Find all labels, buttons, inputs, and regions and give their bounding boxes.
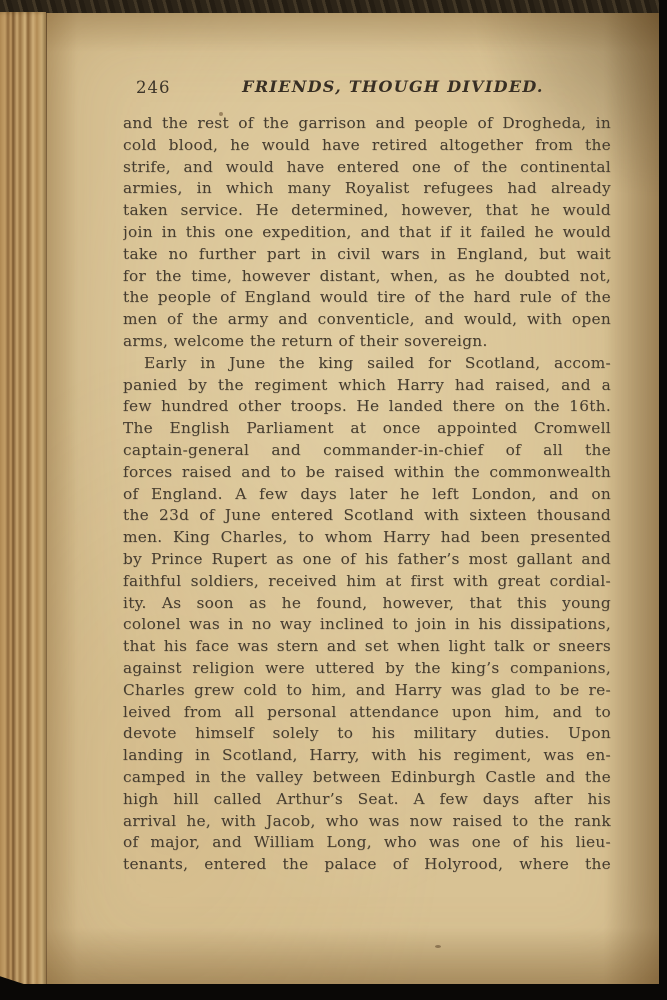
- text-line: devote himself solely to his military du…: [123, 723, 611, 745]
- text-line: landing in Scotland, Harry, with his reg…: [123, 745, 611, 767]
- text-line: cold blood, he would have retired altoge…: [123, 135, 611, 157]
- text-line: The English Parliament at once appointed…: [123, 418, 611, 440]
- text-line: arrival he, with Jacob, who was now rais…: [123, 811, 611, 833]
- backdrop-right-edge: [659, 0, 667, 1000]
- text-line: Early in June the king sailed for Scotla…: [123, 353, 611, 375]
- text-line: by Prince Rupert as one of his father’s …: [123, 549, 611, 571]
- text-line: tenants, entered the palace of Holyrood,…: [123, 854, 611, 876]
- text-line: arms, welcome the return of their sovere…: [123, 331, 611, 353]
- text-line: leived from all personal attendance upon…: [123, 702, 611, 724]
- book-page: 246 FRIENDS, THOUGH DIVIDED. and the res…: [46, 13, 659, 986]
- text-line: armies, in which many Royalist refugees …: [123, 178, 611, 200]
- text-line: strife, and would have entered one of th…: [123, 157, 611, 179]
- text-line: ity. As soon as he found, however, that …: [123, 593, 611, 615]
- text-line: that his face was stern and set when lig…: [123, 636, 611, 658]
- text-line: high hill called Arthur’s Seat. A few da…: [123, 789, 611, 811]
- book-scan: 246 FRIENDS, THOUGH DIVIDED. and the res…: [0, 0, 667, 1000]
- text-line: for the time, however distant, when, as …: [123, 266, 611, 288]
- text-line: take no further part in civil wars in En…: [123, 244, 611, 266]
- foxing-speck: [435, 945, 441, 948]
- text-line: faithful soldiers, received him at first…: [123, 571, 611, 593]
- text-line: few hundred other troops. He landed ther…: [123, 396, 611, 418]
- text-line: panied by the regiment which Harry had r…: [123, 375, 611, 397]
- page-body: and the rest of the garrison and people …: [123, 113, 611, 903]
- text-line: the people of England would tire of the …: [123, 287, 611, 309]
- text-line: and the rest of the garrison and people …: [123, 113, 611, 135]
- text-line: colonel was in no way inclined to join i…: [123, 614, 611, 636]
- text-line: captain-general and commander-in-chief o…: [123, 440, 611, 462]
- text-line: Charles grew cold to him, and Harry was …: [123, 680, 611, 702]
- text-line: men. King Charles, to whom Harry had bee…: [123, 527, 611, 549]
- text-line: taken service. He determined, however, t…: [123, 200, 611, 222]
- page-edges-left-stack: [0, 12, 46, 987]
- text-line: join in this one expedition, and that if…: [123, 222, 611, 244]
- text-line: the 23d of June entered Scotland with si…: [123, 505, 611, 527]
- text-line: men of the army and conventicle, and wou…: [123, 309, 611, 331]
- text-line: camped in the valley between Edinburgh C…: [123, 767, 611, 789]
- page-header: 246 FRIENDS, THOUGH DIVIDED.: [123, 77, 611, 99]
- running-title: FRIENDS, THOUGH DIVIDED.: [123, 77, 611, 96]
- book-binding-top-edge: [0, 0, 667, 13]
- text-line: of major, and William Long, who was one …: [123, 832, 611, 854]
- text-line: of England. A few days later he left Lon…: [123, 484, 611, 506]
- text-line: forces raised and to be raised within th…: [123, 462, 611, 484]
- foxing-speck: [219, 112, 223, 116]
- text-line: against religion were uttered by the kin…: [123, 658, 611, 680]
